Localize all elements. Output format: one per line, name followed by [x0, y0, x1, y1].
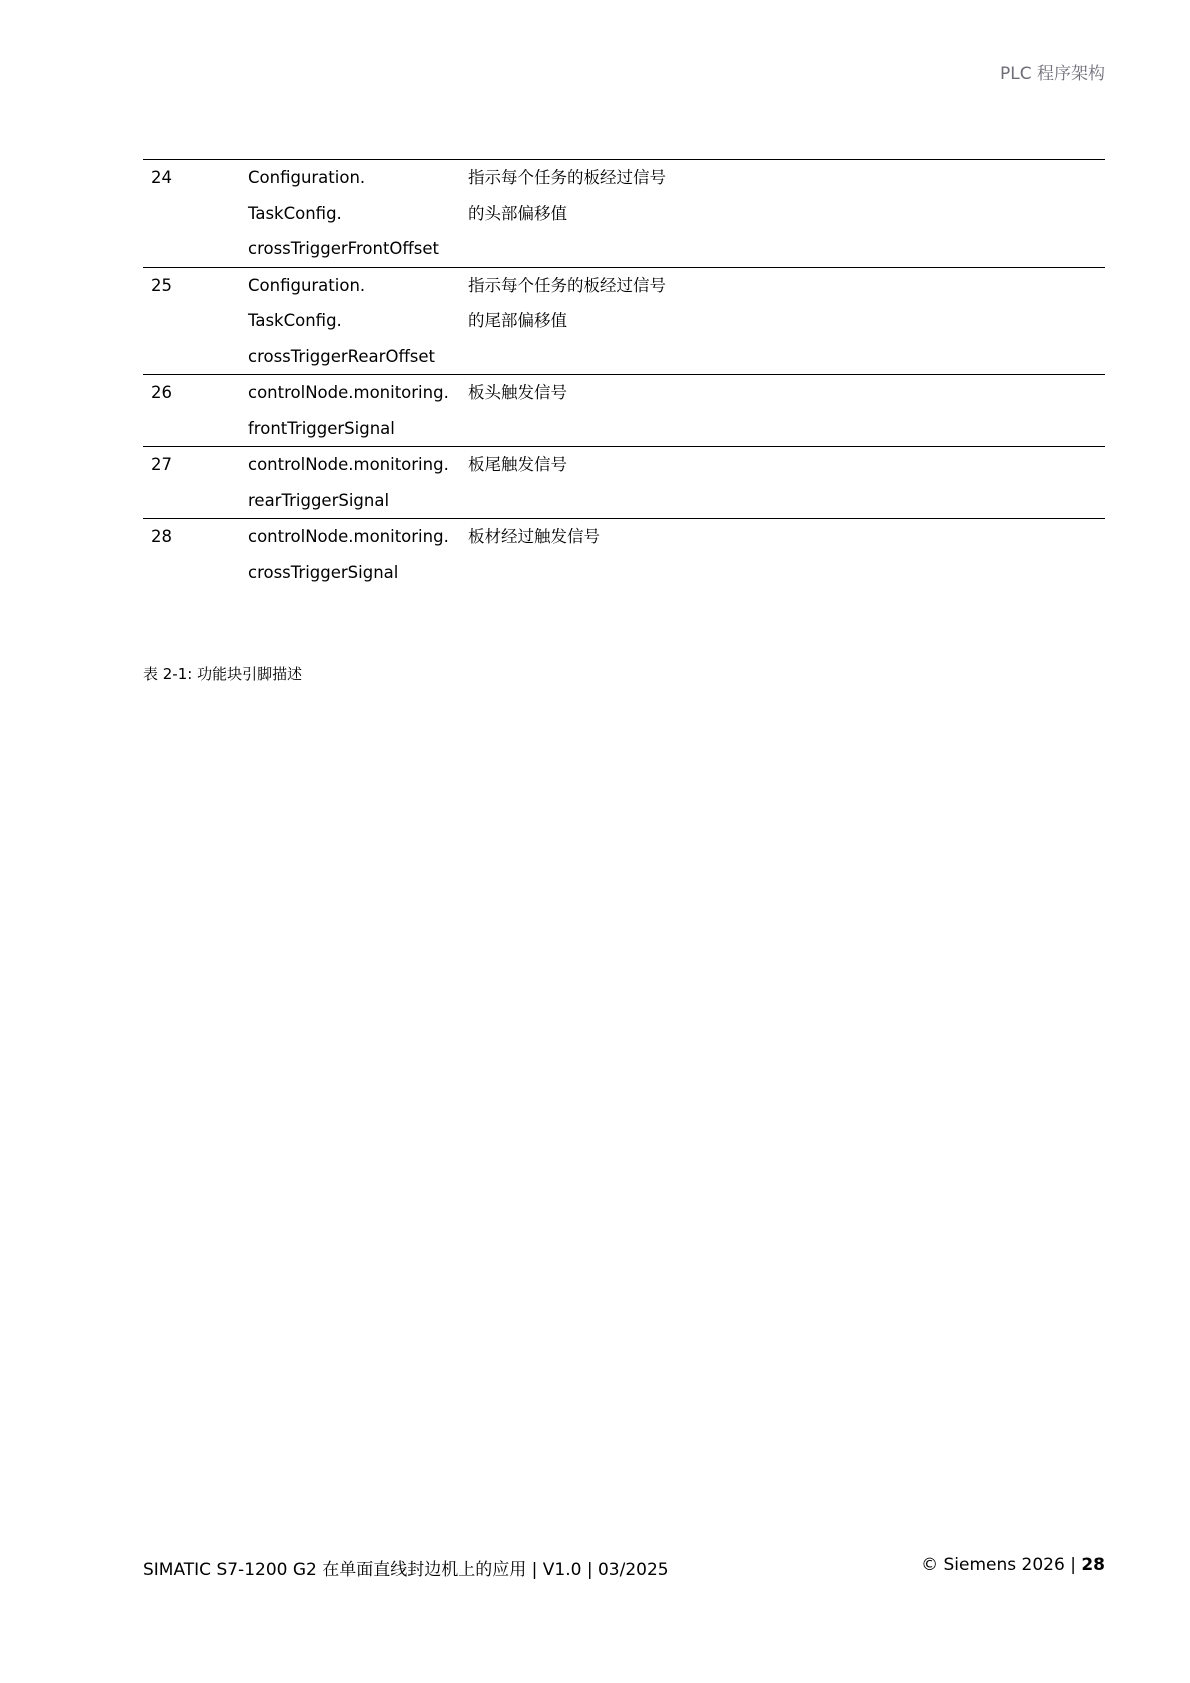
row-number: 24: [143, 160, 248, 268]
pin-name-line: frontTriggerSignal: [248, 411, 468, 447]
table-row: 25Configuration.TaskConfig.crossTriggerR…: [143, 267, 1105, 375]
footer-document-title: SIMATIC S7-1200 G2 在单面直线封边机上的应用 | V1.0 |…: [143, 1555, 669, 1580]
pin-name-line: controlNode.monitoring.: [248, 375, 468, 411]
running-header-section-title: PLC 程序架构: [1000, 59, 1105, 84]
table-row: 26controlNode.monitoring.frontTriggerSig…: [143, 375, 1105, 447]
pin-name-line: TaskConfig.: [248, 303, 468, 339]
pin-description-cell: 指示每个任务的板经过信号的头部偏移值: [468, 160, 1105, 268]
pin-name: controlNode.monitoring.frontTriggerSigna…: [248, 375, 468, 447]
pin-description: 板头触发信号: [468, 375, 668, 411]
table-row: 27controlNode.monitoring.rearTriggerSign…: [143, 447, 1105, 519]
row-number: 25: [143, 267, 248, 375]
pin-name: Configuration.TaskConfig.crossTriggerRea…: [248, 267, 468, 375]
table-row: 24Configuration.TaskConfig.crossTriggerF…: [143, 160, 1105, 268]
pin-name-line: controlNode.monitoring.: [248, 447, 468, 483]
row-number: 27: [143, 447, 248, 519]
pin-description-table: 24Configuration.TaskConfig.crossTriggerF…: [143, 159, 1105, 590]
row-number: 28: [143, 519, 248, 591]
pin-name-line: controlNode.monitoring.: [248, 519, 468, 555]
pin-description-cell: 指示每个任务的板经过信号的尾部偏移值: [468, 267, 1105, 375]
pin-description-cell: 板头触发信号: [468, 375, 1105, 447]
table-caption: 表 2-1: 功能块引脚描述: [143, 663, 302, 684]
pin-name-line: crossTriggerSignal: [248, 555, 468, 591]
pin-name: controlNode.monitoring.rearTriggerSignal: [248, 447, 468, 519]
row-number: 26: [143, 375, 248, 447]
pin-name-line: rearTriggerSignal: [248, 483, 468, 519]
pin-description: 指示每个任务的板经过信号的头部偏移值: [468, 160, 668, 231]
pin-description-cell: 板材经过触发信号: [468, 519, 1105, 591]
pin-description-cell: 板尾触发信号: [468, 447, 1105, 519]
copyright-text: © Siemens 2026 |: [921, 1555, 1081, 1575]
pin-name-line: crossTriggerFrontOffset: [248, 231, 468, 267]
pin-description: 板尾触发信号: [468, 447, 668, 483]
page-number: 28: [1081, 1555, 1105, 1575]
pin-name-line: Configuration.: [248, 268, 468, 304]
pin-name: Configuration.TaskConfig.crossTriggerFro…: [248, 160, 468, 268]
footer-copyright: © Siemens 2026 | 28: [921, 1555, 1105, 1575]
pin-name: controlNode.monitoring.crossTriggerSigna…: [248, 519, 468, 591]
pin-name-line: Configuration.: [248, 160, 468, 196]
pin-name-line: TaskConfig.: [248, 196, 468, 232]
pin-description: 指示每个任务的板经过信号的尾部偏移值: [468, 268, 668, 339]
pin-name-line: crossTriggerRearOffset: [248, 339, 468, 375]
table-row: 28controlNode.monitoring.crossTriggerSig…: [143, 519, 1105, 591]
pin-description: 板材经过触发信号: [468, 519, 668, 555]
